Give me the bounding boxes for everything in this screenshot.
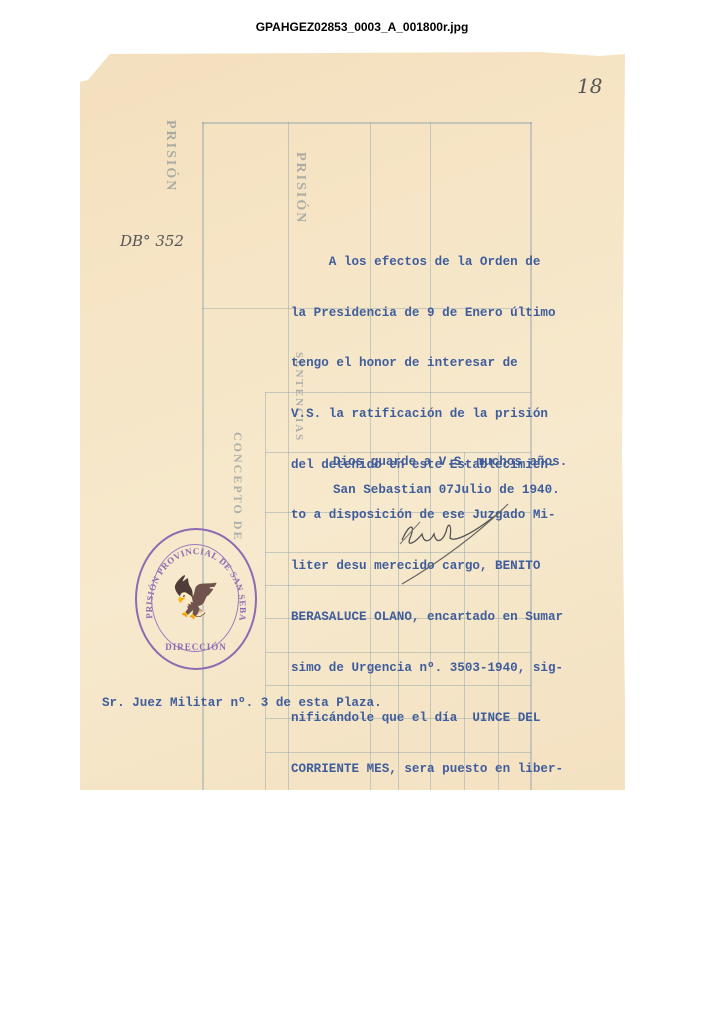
closing-line: Dios guarde a V.S. muchos años.: [333, 454, 567, 471]
grid-line: [288, 122, 289, 790]
body-line: apartado c). del artº. 2º. de la re-: [291, 913, 563, 930]
eagle-emblem-icon: 🦅: [171, 570, 221, 626]
show-through-label: CONCEPTO DE: [230, 432, 245, 541]
folio-number: 18: [577, 74, 602, 98]
addressee-line: Sr. Juez Militar nº. 3 de esta Plaza.: [102, 695, 382, 712]
body-line: tad caso de no ser ratificado, en: [291, 812, 563, 829]
show-through-label: PRISIÓN: [292, 152, 308, 224]
scanned-document-page: PRISIÓN PRISIÓN SENTENCIAS CONCEPTO DE 1…: [80, 52, 625, 790]
body-line: CORRIENTE MES, sera puesto en liber-: [291, 761, 563, 778]
grid-line: [265, 392, 266, 790]
signature: [380, 492, 540, 592]
reference-note: DB° 352: [120, 232, 184, 250]
grid-line: [202, 122, 532, 124]
file-title: GPAHGEZ02853_0003_A_001800r.jpg: [0, 20, 724, 34]
stamp-bottom-text: DIRECCIÓN: [137, 642, 255, 652]
body-line: nificándole que el día UINCE DEL: [291, 710, 563, 727]
show-through-label: PRISIÓN: [162, 120, 178, 192]
body-line: ferida Orden.: [291, 964, 563, 981]
letter-body: A los efectos de la Orden de la Presiden…: [291, 220, 563, 1015]
body-line: tengo el honor de interesar de: [291, 355, 563, 372]
body-line: A los efectos de la Orden de: [291, 254, 563, 271]
grid-line: [202, 122, 204, 790]
body-line: cumplimiento de lo dispuesto en el: [291, 862, 563, 879]
body-line: simo de Urgencia nº. 3503-1940, sig-: [291, 660, 563, 677]
official-stamp: PRISIÓN PROVINCIAL DE SAN SEBASTIÁN 🦅 DI…: [135, 528, 257, 670]
body-line: la Presidencia de 9 de Enero último: [291, 305, 563, 322]
body-line: BERASALUCE OLANO, encartado en Sumar: [291, 609, 563, 626]
body-line: V.S. la ratificación de la prisión: [291, 406, 563, 423]
